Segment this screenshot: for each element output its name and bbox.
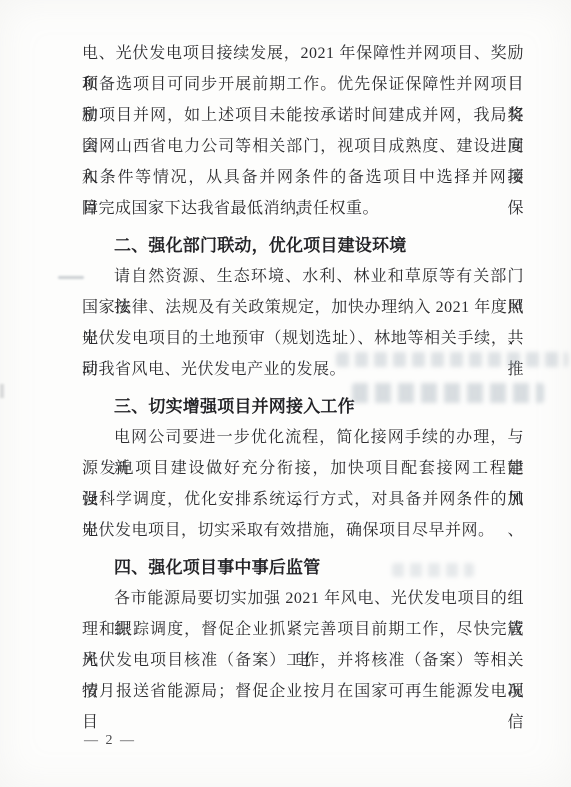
body-line: 国家法律、法规及有关政策规定，加快办理纳入 2021 年度风电、: [82, 292, 524, 323]
body-line: 光伏发电项目核准（备案）工作，并将核准（备案）等相关情况: [82, 645, 524, 676]
body-line: 理和跟踪调度，督促企业抓紧完善项目前期工作，尽快完成风电、: [82, 614, 524, 645]
body-line: 电、光伏发电项目接续发展，2021 年保障性并网项目、奖励项目: [82, 38, 524, 69]
body-line: 国网山西省电力公司等相关部门，视项目成熟度、建设进度和接: [82, 131, 524, 162]
body-line: 源发电项目建设做好充分衔接，加快项目配套接网工程建设，加: [82, 453, 524, 484]
document-body-text: 电、光伏发电项目接续发展，2021 年保障性并网项目、奖励项目 和备选项目可同步…: [82, 38, 524, 707]
section-heading-2: 二、强化部门联动，优化项目建设环境: [82, 230, 524, 261]
body-line: 和备选项目可同步开展前期工作。优先保证保障性并网项目和奖: [82, 69, 524, 100]
page-number: — 2 —: [84, 733, 136, 749]
section-heading-3: 三、切实增强项目并网接入工作: [82, 391, 524, 422]
body-line: 励项目并网，如上述项目未能按承诺时间建成并网，我局将会同: [82, 100, 524, 131]
scanned-document-page: 电、光伏发电项目接续发展，2021 年保障性并网项目、奖励项目 和备选项目可同步…: [0, 0, 571, 787]
scan-edge-speck: [0, 384, 4, 398]
body-line: 电网公司要进一步优化流程，简化接网手续的办理，与新能: [82, 422, 524, 453]
section-heading-4: 四、强化项目事中事后监管: [82, 552, 524, 583]
body-line: 光伏发电项目，切实采取有效措施，确保项目尽早并网。: [82, 515, 524, 546]
body-line: 入条件等情况，从具备并网条件的备选项目中选择并网项目，保: [82, 162, 524, 193]
body-line: 光伏发电项目的土地预审（规划选址）、林地等相关手续，共同推: [82, 323, 524, 354]
bleedthrough-dash-artifact: [58, 276, 84, 279]
body-line: 强科学调度，优化安排系统运行方式，对具备并网条件的风电、: [82, 484, 524, 515]
body-line: 请自然资源、生态环境、水利、林业和草原等有关部门按照: [82, 261, 524, 292]
body-line: 按月报送省能源局；督促企业按月在国家可再生能源发电项目信: [82, 676, 524, 707]
body-line: 各市能源局要切实加强 2021 年风电、光伏发电项目的组织管: [82, 583, 524, 614]
